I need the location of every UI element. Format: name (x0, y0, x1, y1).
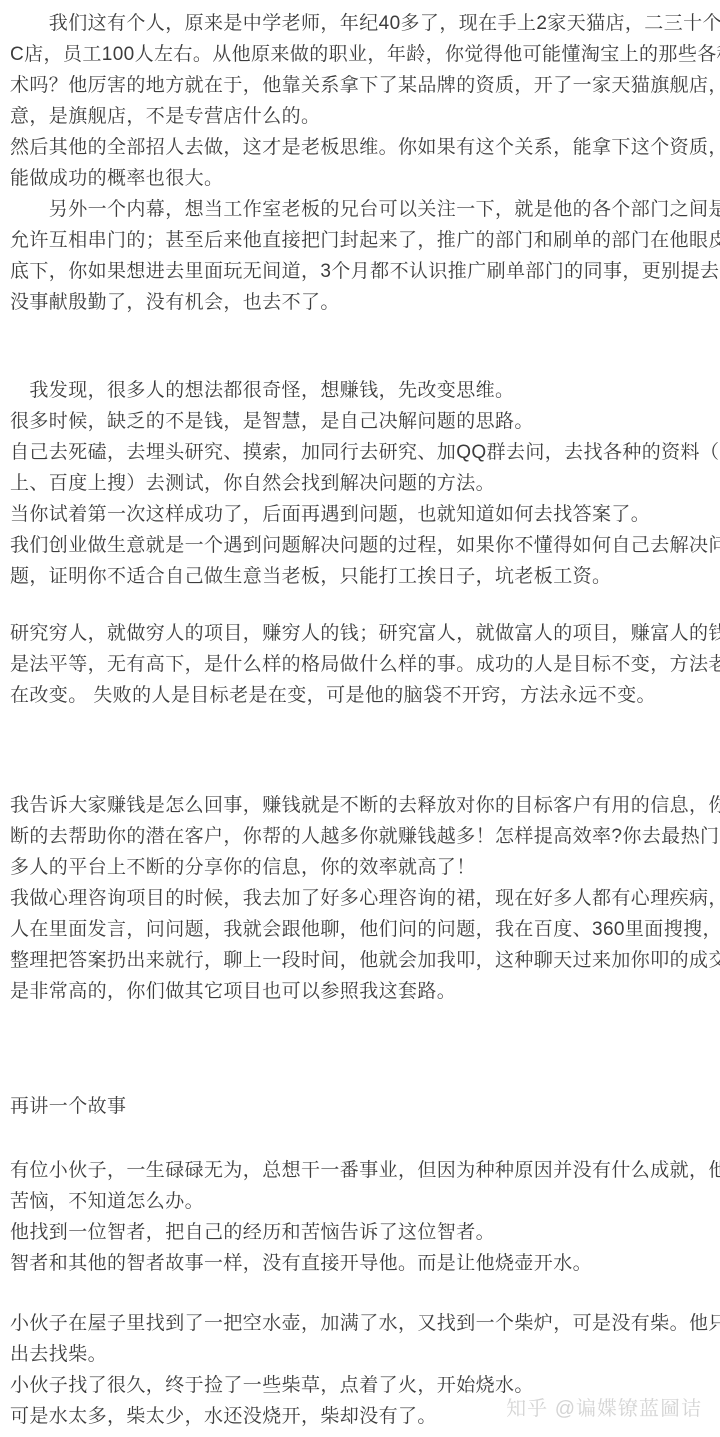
paragraph-rich-poor: 研究穷人，就做穷人的项目，赚穷人的钱；研究富人，就做富人的项目，赚富人的钱。 是… (10, 618, 710, 711)
paragraph-make-money-method: 我告诉大家赚钱是怎么回事，赚钱就是不断的去释放对你的目标客户有用的信息，你不 断… (10, 790, 710, 1007)
paragraph-young-man-sage: 有位小伙子，一生碌碌无为，总想干一番事业，但因为种种原因并没有什么成就，他很 苦… (10, 1155, 710, 1279)
page: { "article": { "blocks": [ " 我们这有个人，原来是中… (0, 0, 720, 1437)
paragraph-story-heading: 再讲一个故事 (10, 1091, 710, 1122)
zhihu-watermark: 知乎 @谝媟镣蓝圙诘 (506, 1396, 702, 1422)
paragraph-mindset: 我发现，很多人的想法都很奇怪，想赚钱，先改变思维。 很多时候，缺乏的不是钱，是智… (10, 375, 710, 592)
paragraph-intro-teacher-story: 我们这有个人，原来是中学老师，年纪40多了，现在手上2家天猫店，二三十个淘宝 C… (10, 8, 710, 318)
article-body: 我们这有个人，原来是中学老师，年纪40多了，现在手上2家天猫店，二三十个淘宝 C… (0, 0, 720, 1432)
